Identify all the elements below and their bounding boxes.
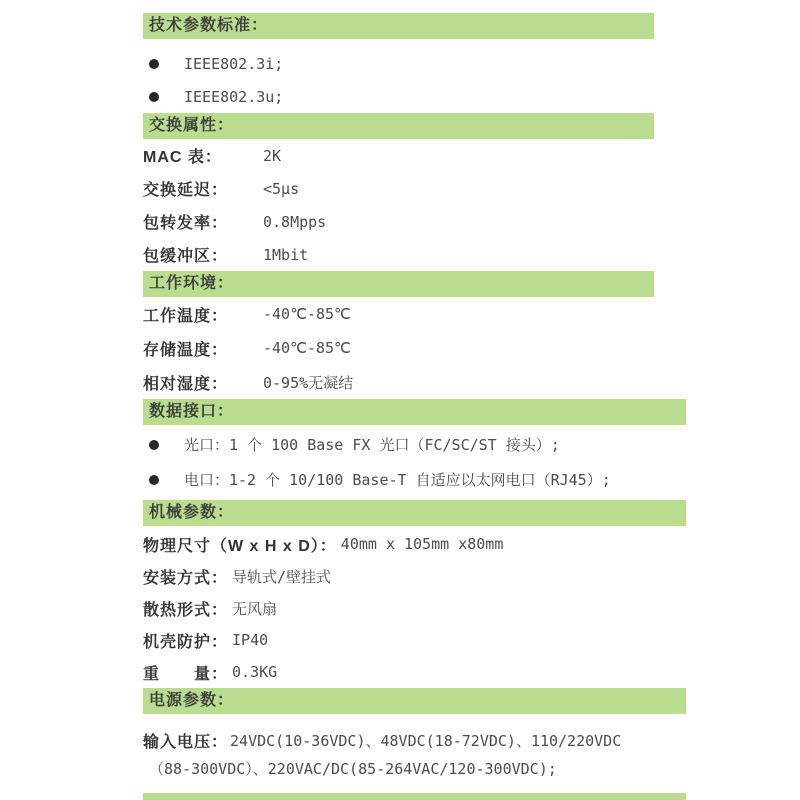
row-value-line1: 24VDC(10-36VDC)、48VDC(18-72VDC)、110/220V… [230, 730, 621, 751]
section-header-switching: 交换属性： [143, 113, 654, 139]
row-value: 0.3KG [232, 663, 277, 681]
bullet-icon [149, 440, 159, 450]
table-row: 重 量： 0.3KG [143, 656, 686, 688]
table-row: 安装方式： 导轨式/壁挂式 [143, 560, 686, 592]
row-label: 输入电压： [143, 729, 228, 752]
row-label: 散热形式： [143, 597, 228, 620]
interface-value: 电口：1-2 个 10/100 Base-T 自适应以太网电口（RJ45）; [184, 469, 611, 490]
row-label: 机壳防护： [143, 629, 228, 652]
row-label: 包缓冲区： [143, 243, 263, 266]
row-value: -40℃-85℃ [263, 339, 351, 357]
row-value-line2: （88-300VDC）、220VAC/DC(85-264VAC/120-300V… [149, 758, 557, 779]
section-title: 机械参数： [149, 504, 234, 521]
row-label: 工作温度： [143, 303, 263, 326]
standards-list: IEEE802.3i; IEEE802.3u; [143, 47, 686, 113]
table-row: 相对湿度： 0-95%无凝结 [143, 365, 686, 399]
table-row: 散热形式： 无风扇 [143, 592, 686, 624]
section-header-mechanical: 机械参数： [143, 500, 686, 526]
table-row: 机壳防护： IP40 [143, 624, 686, 656]
section-header-interfaces: 数据接口： [143, 399, 686, 425]
standard-value: IEEE802.3u; [184, 88, 283, 106]
row-label: MAC 表： [143, 144, 263, 167]
table-row: 包缓冲区： 1Mbit [143, 238, 686, 271]
table-row: 包转发率： 0.8Mpps [143, 205, 686, 238]
list-item: IEEE802.3i; [149, 47, 686, 80]
table-row: 交换延迟： <5μs [143, 172, 686, 205]
bullet-icon [149, 59, 159, 69]
section-title: 电源参数： [149, 692, 234, 709]
row-label: 交换延迟： [143, 177, 263, 200]
table-row: 工作温度： -40℃-85℃ [143, 297, 686, 331]
table-row: MAC 表： 2K [143, 139, 686, 172]
interface-value: 光口：1 个 100 Base FX 光口（FC/SC/ST 接头）; [184, 434, 560, 455]
row-value: 0.8Mpps [263, 213, 326, 231]
section-title: 技术参数标准： [149, 17, 268, 34]
row-value: 0-95%无凝结 [263, 372, 353, 393]
row-label: 物理尺寸（W x H x D）： [143, 533, 337, 556]
table-row-continuation: （88-300VDC）、220VAC/DC(85-264VAC/120-300V… [143, 754, 686, 782]
section-title: 交换属性： [149, 117, 234, 134]
row-value: 2K [263, 147, 281, 165]
spec-document: 技术参数标准： IEEE802.3i; IEEE802.3u; 交换属性： MA… [143, 13, 686, 782]
row-value: 40mm x 105mm x80mm [341, 535, 504, 553]
section-header-power: 电源参数： [143, 688, 686, 714]
row-value: 导轨式/壁挂式 [232, 566, 331, 587]
standard-value: IEEE802.3i; [184, 55, 283, 73]
table-row: 物理尺寸（W x H x D）： 40mm x 105mm x80mm [143, 528, 686, 560]
section-header-cutoff [143, 793, 686, 800]
row-value: IP40 [232, 631, 268, 649]
bullet-icon [149, 475, 159, 485]
row-label: 存储温度： [143, 337, 263, 360]
row-label: 重 量： [143, 661, 228, 684]
row-value: 无风扇 [232, 598, 277, 619]
mechanical-table: 物理尺寸（W x H x D）： 40mm x 105mm x80mm 安装方式… [143, 528, 686, 688]
row-label: 相对湿度： [143, 371, 263, 394]
power-table: 输入电压： 24VDC(10-36VDC)、48VDC(18-72VDC)、11… [143, 726, 686, 782]
row-value: <5μs [263, 180, 299, 198]
interfaces-list: 光口：1 个 100 Base FX 光口（FC/SC/ST 接头）; 电口：1… [143, 427, 686, 497]
section-header-environment: 工作环境： [143, 271, 654, 297]
bullet-icon [149, 92, 159, 102]
row-label: 安装方式： [143, 565, 228, 588]
list-item: 电口：1-2 个 10/100 Base-T 自适应以太网电口（RJ45）; [149, 462, 686, 497]
row-label: 包转发率： [143, 210, 263, 233]
row-value: -40℃-85℃ [263, 305, 351, 323]
list-item: 光口：1 个 100 Base FX 光口（FC/SC/ST 接头）; [149, 427, 686, 462]
table-row: 输入电压： 24VDC(10-36VDC)、48VDC(18-72VDC)、11… [143, 726, 686, 754]
environment-table: 工作温度： -40℃-85℃ 存储温度： -40℃-85℃ 相对湿度： 0-95… [143, 297, 686, 399]
section-header-standards: 技术参数标准： [143, 13, 654, 39]
table-row: 存储温度： -40℃-85℃ [143, 331, 686, 365]
switching-table: MAC 表： 2K 交换延迟： <5μs 包转发率： 0.8Mpps 包缓冲区：… [143, 139, 686, 271]
section-title: 数据接口： [149, 403, 234, 420]
list-item: IEEE802.3u; [149, 80, 686, 113]
row-value: 1Mbit [263, 246, 308, 264]
section-title: 工作环境： [149, 275, 234, 292]
